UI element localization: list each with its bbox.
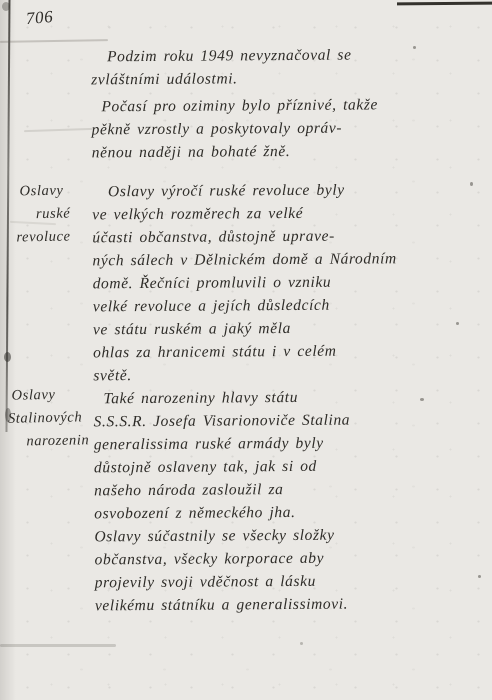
text-line: velké revoluce a jejích důsledcích (93, 293, 485, 319)
text-line: účasti občanstva, důstojně uprave- (92, 224, 484, 250)
scan-streak (24, 128, 94, 132)
text-line: generalissima ruské armády byly (94, 431, 486, 457)
margin-note-line: Oslavy (11, 383, 88, 407)
text-line: světě. (93, 362, 485, 388)
paragraph-weather: Počasí pro oziminy bylo příznivé, takže … (91, 93, 483, 165)
text-line: ve státu ruském a jaký měla (93, 316, 485, 342)
margin-note-line: Stalinových (8, 406, 89, 430)
margin-note-line: revoluce (16, 226, 71, 250)
text-line: velikému státníku a generalissimovi. (95, 592, 487, 618)
margin-note-line: Oslavy (19, 180, 70, 204)
text-line: domě. Řečníci promluvili o vzniku (93, 270, 485, 296)
page-number: 706 (25, 7, 54, 29)
text-line: S.S.S.R. Josefa Visarionoviče Stalina (94, 408, 486, 434)
text-line: ných sálech v Dělnickém domě a Národním (92, 247, 484, 273)
paragraph-stalin-birthday: Také narozeniny hlavy státu S.S.S.R. Jos… (93, 385, 486, 526)
text-line: Oslavy súčastnily se všecky složky (94, 523, 486, 549)
ink-blotch (2, 2, 10, 11)
scan-edge-line (397, 2, 492, 6)
text-line: zvláštními událostmi. (91, 66, 483, 92)
text-line: osvobození z německého jha. (94, 500, 486, 526)
paragraph-autumn-1949: Podzim roku 1949 nevyznačoval se zvláštn… (91, 43, 483, 92)
text-line: ve velkých rozměrech za velké (92, 201, 484, 227)
margin-note-line: ruské (36, 203, 71, 227)
text-line: Oslavy výročí ruské revoluce byly (108, 178, 484, 204)
text-line: důstojně oslaveny tak, jak si od (94, 454, 486, 480)
text-line: pěkně vzrostly a poskytovaly opráv- (92, 116, 484, 142)
text-line: něnou naději na bohaté žně. (92, 139, 484, 165)
text-line: projevily svoji vděčnost a lásku (95, 569, 487, 595)
text-line: Počasí pro oziminy bylo příznivé, takže (101, 93, 483, 119)
margin-note-russian-revolution: Oslavy ruské revoluce (13, 180, 71, 250)
scan-streak (0, 644, 116, 647)
margin-note-line: narozenin (26, 429, 89, 453)
scan-streak (0, 39, 108, 43)
text-line: občanstva, všecky korporace aby (95, 546, 487, 572)
ink-blotch (4, 352, 11, 362)
text-line: Také narozeniny hlavy státu (103, 385, 485, 411)
text-line: našeho národa zasloužil za (94, 477, 486, 503)
chronicle-text: Podzim roku 1949 nevyznačoval se zvláštn… (91, 43, 487, 618)
scanned-document-page: 706 Oslavy ruské revoluce Oslavy Stalino… (0, 0, 492, 700)
paragraph-revolution-celebrations: Oslavy výročí ruské revoluce byly ve vel… (92, 178, 485, 388)
paper-speck (300, 642, 303, 645)
margin-note-stalin-birthday: Oslavy Stalinových narozenin (7, 383, 89, 453)
text-line: Podzim roku 1949 nevyznačoval se (107, 43, 483, 69)
book-binding-edge (5, 0, 10, 432)
text-line: ohlas za hranicemi státu i v celém (93, 339, 485, 365)
paragraph-participation: Oslavy súčastnily se všecky složky občan… (94, 523, 487, 618)
